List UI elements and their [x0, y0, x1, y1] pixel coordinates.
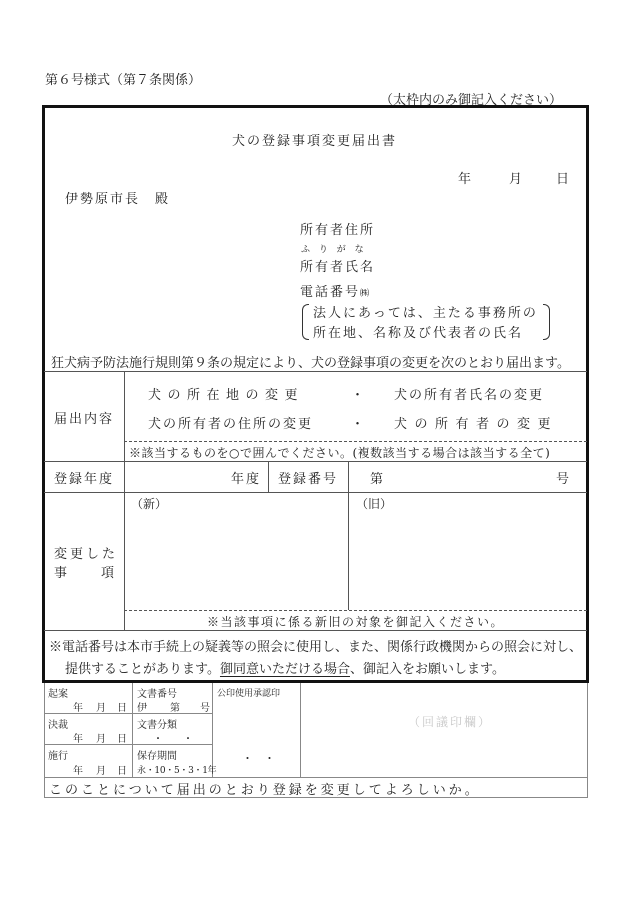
owner-address-label: 所有者住所: [300, 219, 375, 238]
doc-class-label: 文書分類: [137, 716, 177, 731]
dashed-divider: [124, 441, 587, 442]
office-col-divider: [132, 683, 133, 777]
option-separator: ・: [351, 413, 364, 432]
form-number: 第６号様式（第７条関係）: [45, 69, 201, 88]
decision-month: 月: [96, 730, 106, 745]
notification-note: ※該当するものを○で囲んでください。(複数該当する場合は該当する全て): [129, 444, 550, 461]
approval-text: このことについて届出のとおり登録を変更してよろしいか。: [49, 779, 481, 798]
owner-name-field[interactable]: [380, 252, 580, 274]
registration-number-prefix: 第: [370, 468, 383, 487]
doc-class-value: ・ ・: [153, 730, 193, 745]
divider: [44, 492, 587, 493]
phone-label: 電話番号㈱: [300, 281, 371, 300]
changes-label-line2-a: 事: [54, 562, 67, 581]
registration-number-label: 登録番号: [278, 468, 338, 487]
doc-number-mid: 第: [170, 699, 180, 714]
new-value-field[interactable]: [126, 512, 346, 608]
owner-address-field[interactable]: [380, 214, 580, 236]
draft-day: 日: [117, 699, 127, 714]
phone-field[interactable]: [380, 277, 580, 299]
phone-consent-line1: ※電話番号は本市手続上の疑義等の照会に使用し、また、関係行政機関からの照会に対し…: [49, 636, 582, 655]
option-separator: ・: [351, 384, 364, 403]
phone-consent-line2-pre: 提供することがあります。: [65, 662, 220, 677]
doc-number-label: 文書番号: [137, 685, 177, 700]
option-owner-name-change[interactable]: 犬の所有者氏名の変更: [394, 384, 544, 403]
divider: [44, 630, 587, 631]
draft-year: 年: [73, 699, 83, 714]
statement: 狂犬病予防法施行規則第９条の規定により、犬の登録事項の変更を次のとおり届出ます。: [51, 352, 570, 371]
registration-number-suffix: 号: [556, 468, 569, 487]
divider: [44, 461, 587, 462]
dashed-divider: [124, 610, 587, 611]
office-border-left: [44, 683, 45, 797]
option-owner-address-change[interactable]: 犬の所有者の住所の変更: [148, 413, 313, 432]
phone-consent-line2-post: 、御記入をお願いします。: [350, 662, 505, 677]
retention-value: 永・10・5・3・1年: [137, 763, 216, 776]
enforce-day: 日: [117, 762, 127, 777]
phone-label-text: 電話番号: [300, 285, 360, 300]
decision-label: 決裁: [48, 716, 68, 731]
corp-note-line2: 所在地、名称及び代表者の氏名: [313, 322, 523, 341]
registration-year-label: 登録年度: [54, 468, 114, 487]
enforce-month: 月: [96, 762, 106, 777]
corp-note-line1: 法人にあっては、主たる事務所の: [313, 302, 538, 321]
owner-name-label: 所有者氏名: [300, 256, 375, 275]
decision-day: 日: [117, 730, 127, 745]
office-row-divider: [44, 713, 212, 714]
registration-number-field[interactable]: [390, 463, 550, 490]
option-owner-change[interactable]: 犬の所有者の変更: [394, 413, 558, 432]
seal-approval-label: 公印使用承認印: [217, 686, 280, 699]
retention-label: 保存期間: [137, 747, 177, 762]
draft-label: 起案: [48, 685, 68, 700]
option-dog-location-change[interactable]: 犬の所在地の変更: [148, 384, 304, 403]
old-value-label: （旧）: [356, 495, 392, 512]
phone-consent-mark: ㈱: [360, 289, 371, 299]
seal-approval-value: ・ ・: [242, 750, 275, 766]
doc-number-prefix: 伊: [137, 699, 147, 714]
label-column-divider: [124, 371, 125, 630]
date-field[interactable]: [420, 164, 580, 184]
doc-number-suffix: 号: [200, 699, 210, 714]
form-title: 犬の登録事項変更届出書: [232, 130, 397, 149]
decision-year: 年: [73, 730, 83, 745]
draft-month: 月: [96, 699, 106, 714]
changes-note: ※当該事項に係る新旧の対象を御記入ください。: [207, 613, 504, 630]
changes-label-line2-b: 項: [101, 562, 114, 581]
furigana-label: ふ り が な: [301, 242, 367, 255]
right-bracket-icon: [543, 304, 550, 340]
office-col-divider: [300, 683, 301, 777]
new-value-label: （新）: [131, 495, 167, 512]
divider: [44, 371, 587, 372]
changes-label-line1: 変更した: [54, 543, 118, 562]
owner-furigana-field[interactable]: [380, 238, 580, 252]
notification-label: 届出内容: [54, 408, 114, 427]
enforce-year: 年: [73, 762, 83, 777]
registration-year-field[interactable]: [126, 463, 226, 490]
office-divider: [44, 777, 587, 778]
registration-year-suffix: 年度: [231, 468, 261, 487]
addressee: 伊勢原市長 殿: [65, 188, 170, 207]
divider: [268, 461, 269, 492]
office-border-right: [587, 683, 588, 797]
old-value-field[interactable]: [350, 512, 585, 608]
circulation-stamp-area-label: （回議印欄）: [408, 713, 492, 730]
phone-consent-emphasis: 御同意いただける場合: [220, 662, 350, 677]
enforce-label: 施行: [48, 747, 68, 762]
left-bracket-icon: [302, 304, 309, 340]
phone-consent-line2: 提供することがあります。御同意いただける場合、御記入をお願いします。: [65, 658, 505, 677]
divider: [348, 461, 349, 610]
